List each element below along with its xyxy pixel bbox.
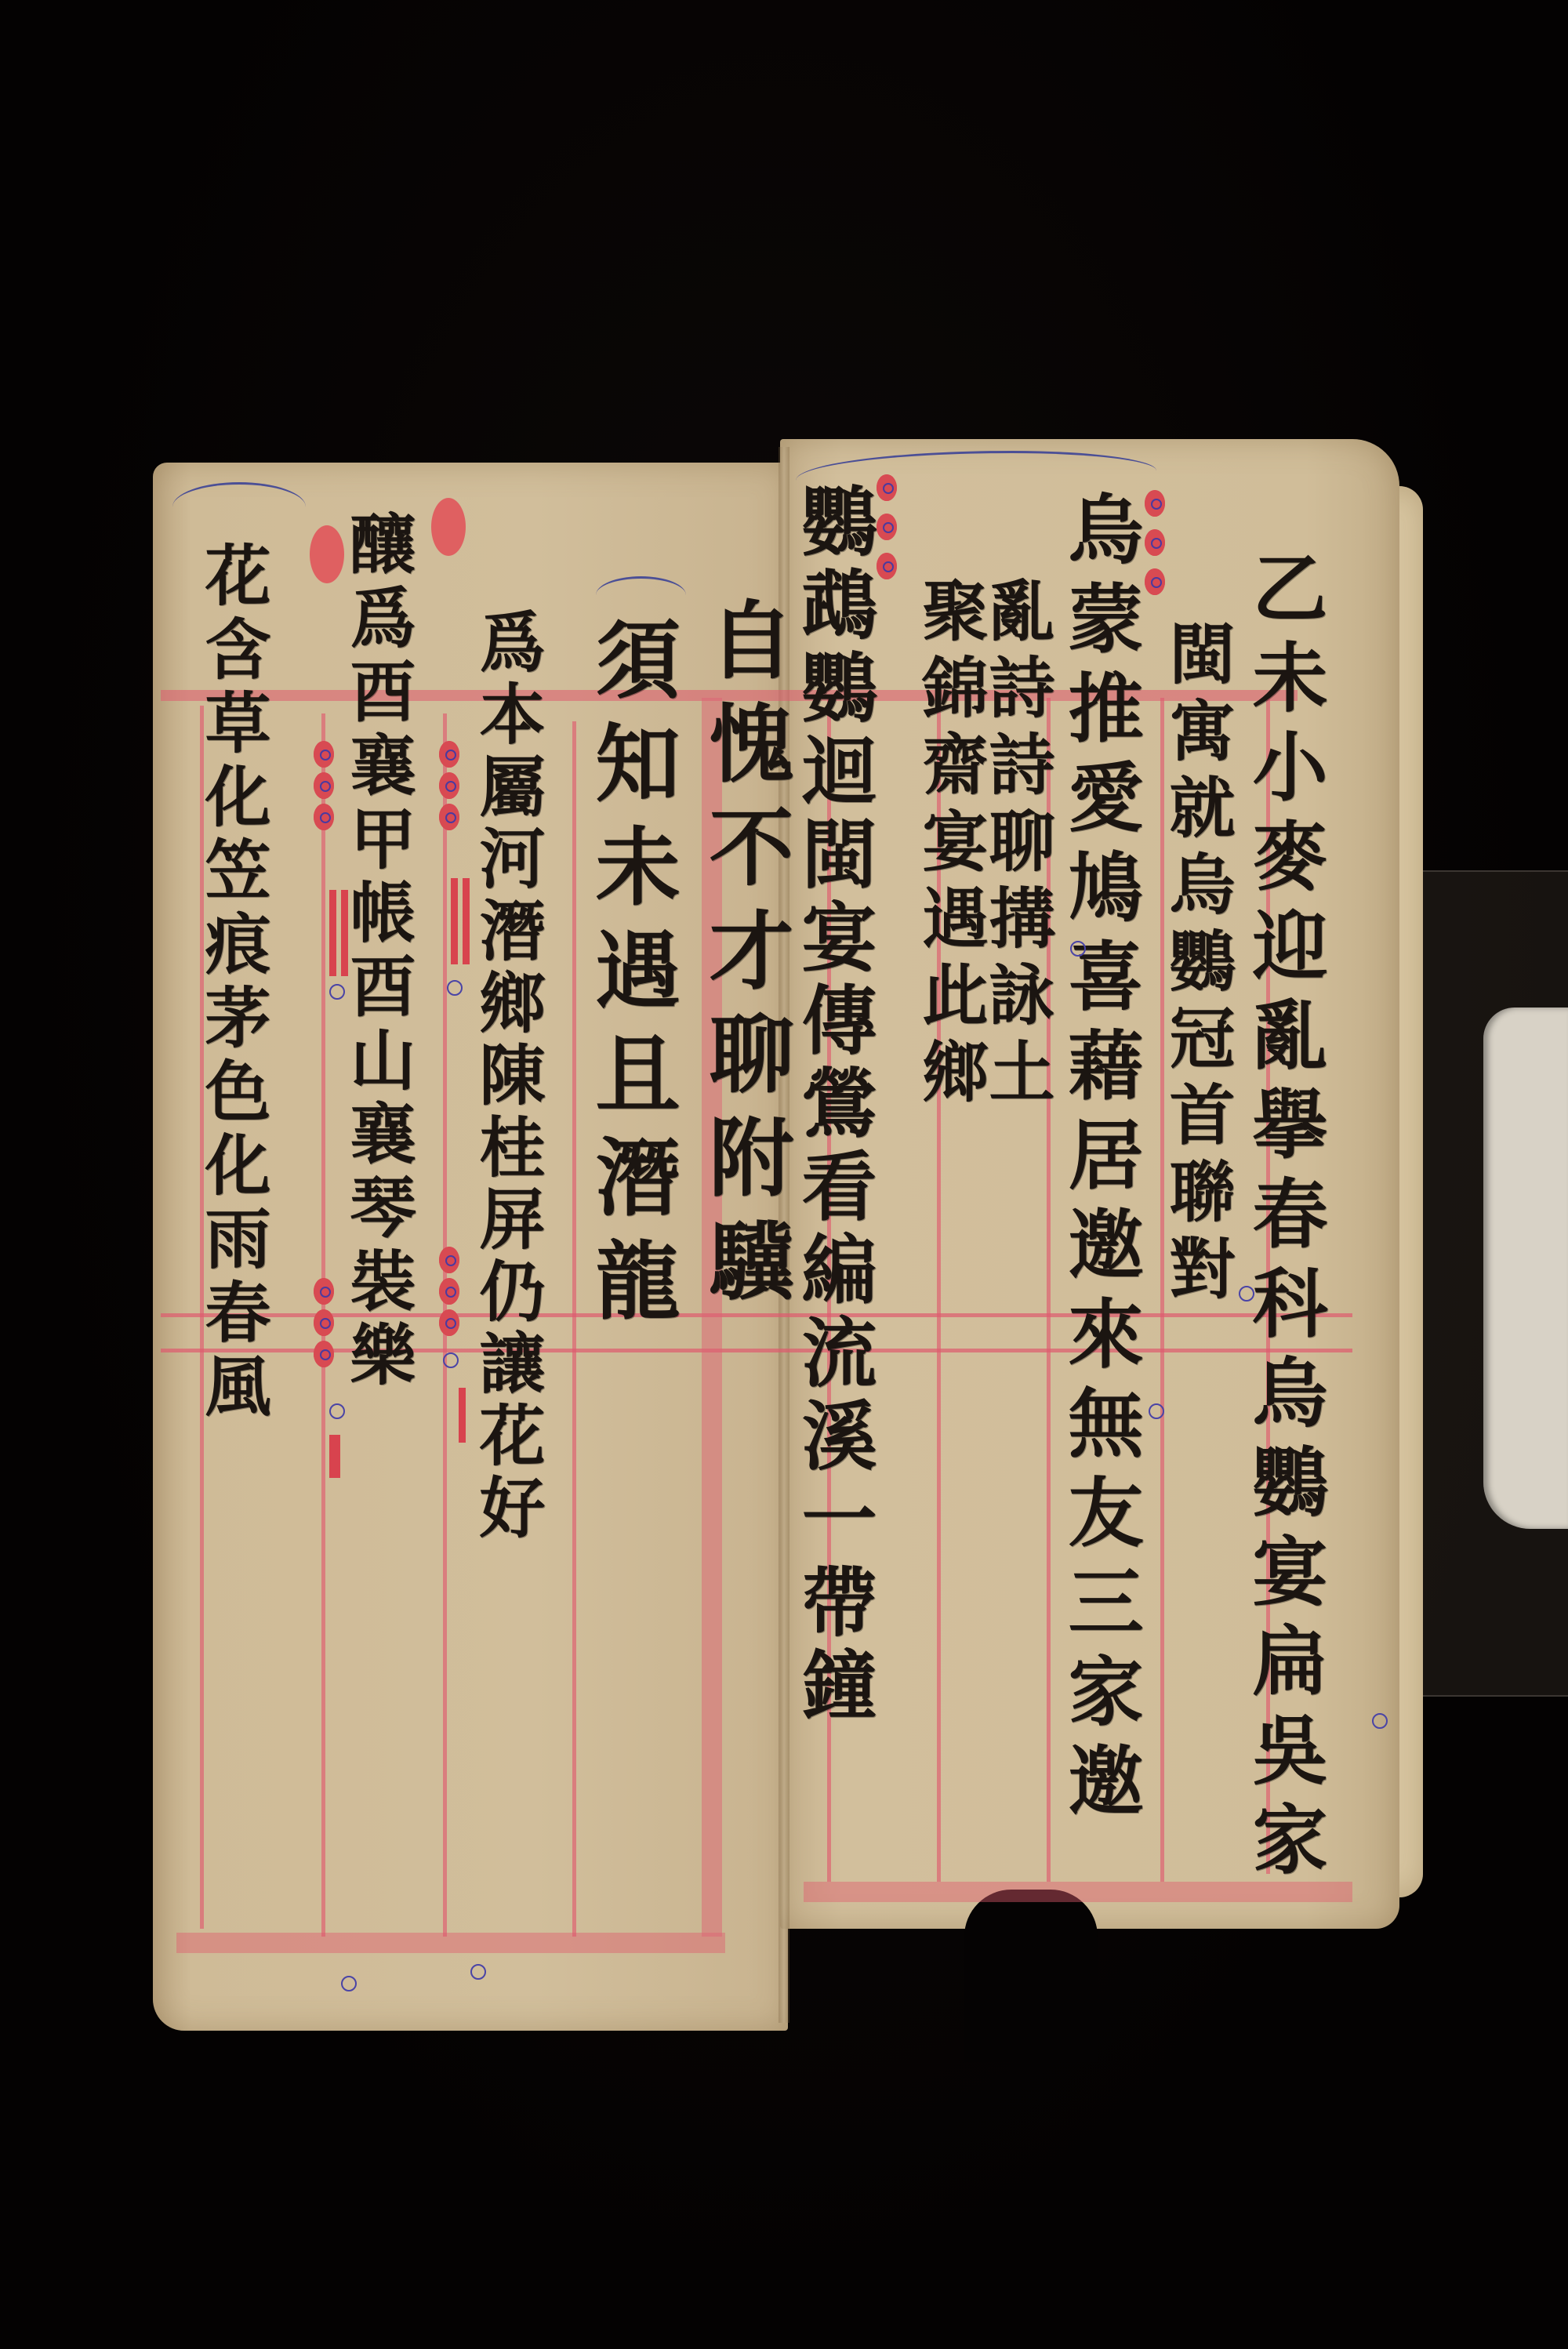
torn-edge <box>964 1890 1098 2062</box>
red-dot-mark <box>314 1278 334 1305</box>
blue-ring-mark <box>443 1352 459 1368</box>
red-circle-mark <box>431 498 466 556</box>
red-dot-mark <box>1145 568 1165 595</box>
red-tick-mark <box>451 878 458 964</box>
red-circle-mark <box>310 525 344 583</box>
red-dot-mark <box>439 804 459 830</box>
blue-ring-mark <box>1372 1713 1388 1729</box>
red-dot-mark <box>439 741 459 768</box>
blue-ring-mark <box>1149 1403 1164 1419</box>
red-dot-mark <box>314 804 334 830</box>
red-dot-mark <box>314 1341 334 1367</box>
blue-ring-mark <box>329 1403 345 1419</box>
red-dot-mark <box>439 772 459 799</box>
text-column-l4: 釀爲酉襄甲帳酉山襄琴裝樂 <box>345 510 411 1394</box>
red-tick-mark <box>329 890 336 976</box>
blue-ring-mark <box>329 984 345 1000</box>
blue-arc-mark <box>172 482 306 532</box>
blue-ring-mark <box>470 1964 486 1980</box>
red-dot-mark <box>877 514 897 540</box>
blue-ring-mark <box>1239 1286 1254 1302</box>
red-dot-mark <box>439 1278 459 1305</box>
red-tick-mark <box>463 878 470 964</box>
red-dot-mark <box>439 1247 459 1273</box>
red-dot-mark <box>314 741 334 768</box>
red-dot-mark <box>314 772 334 799</box>
red-rule-v <box>572 721 576 1937</box>
blue-arc-mark <box>596 576 686 614</box>
red-tick-mark <box>459 1388 466 1443</box>
cloth-weight <box>1483 1007 1568 1529</box>
text-column-r3: 烏蒙推愛鳩喜藉居邀來無友三家邀 <box>1062 490 1138 1831</box>
red-dot-mark <box>439 1309 459 1336</box>
blue-ring-mark <box>1070 941 1086 957</box>
red-dot-mark <box>877 474 897 501</box>
red-tick-mark <box>341 890 348 976</box>
red-dot-mark <box>314 1309 334 1336</box>
red-tick-mark <box>329 1435 340 1478</box>
text-column-r6: 鸚鵡鸚迴閩宴傳鶯看編流溪一帶鐘 <box>796 482 871 1729</box>
red-dot-mark <box>877 553 897 579</box>
text-column-r5: 聚錦齋宴遇此鄉 <box>917 576 983 1114</box>
red-dot-mark <box>1145 529 1165 556</box>
text-column-l3: 爲本屬河潛鄉陳桂屏仍讓花好 <box>474 608 540 1545</box>
text-column-l5: 花含草化笠痕茅色化雨春風 <box>200 541 266 1425</box>
red-dot-mark <box>1145 490 1165 517</box>
red-rule-bottom-left <box>176 1933 725 1953</box>
text-column-r1: 乙未小麥迎亂擧春科烏鸚宴扁吳家 <box>1247 549 1322 1890</box>
text-column-r4: 亂詩詩聊搆詠土 <box>984 576 1050 1114</box>
text-column-l2: 須知未遇且潛龍 <box>588 615 673 1340</box>
text-column-r2: 閩寓就烏鸚冠首聯對 <box>1164 619 1230 1311</box>
text-column-l1: 自愧不才聊附驥 <box>702 596 786 1320</box>
manuscript-booklet: 乙未小麥迎亂擧春科烏鸚宴扁吳家 閩寓就烏鸚冠首聯對 烏蒙推愛鳩喜藉居邀來無友三家… <box>153 439 1423 2046</box>
blue-ring-mark <box>341 1976 357 1991</box>
blue-ring-mark <box>447 980 463 996</box>
